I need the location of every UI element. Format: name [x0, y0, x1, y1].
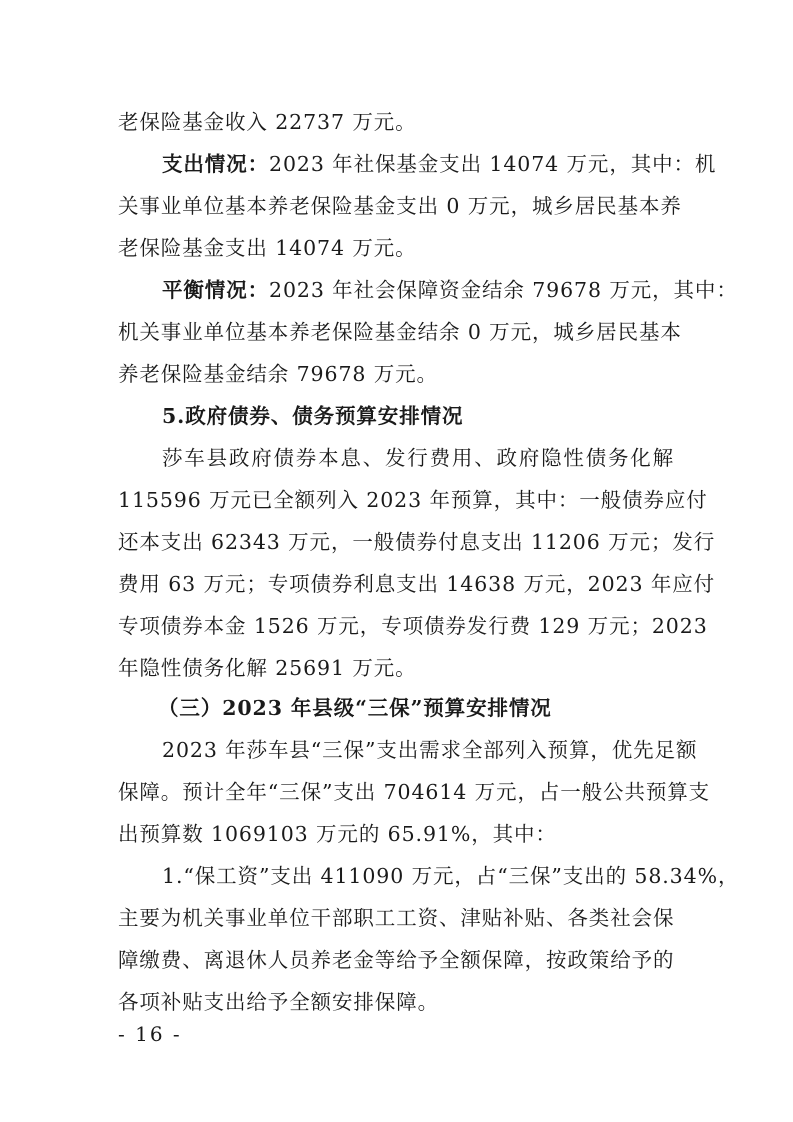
- paragraph-line: 主要为机关事业单位干部职工工资、津贴补贴、各类社会保: [118, 904, 674, 932]
- paragraph-line: 115596 万元已全额列入 2023 年预算，其中：一般债券应付: [118, 486, 674, 514]
- paragraph-line: 年隐性债务化解 25691 万元。: [118, 654, 674, 682]
- paragraph-line: 各项补贴支出给予全额安排保障。: [118, 988, 674, 1016]
- paragraph-line: 费用 63 万元；专项债券利息支出 14638 万元，2023 年应付: [118, 570, 674, 598]
- section-heading: 5.政府债券、债务预算安排情况: [162, 402, 674, 430]
- balance-label: 平衡情况：: [162, 278, 269, 302]
- paragraph-line: 2023 年莎车县“三保”支出需求全部列入预算，优先足额: [162, 736, 674, 764]
- paragraph-line: 还本支出 62343 万元，一般债券付息支出 11206 万元；发行: [118, 528, 674, 556]
- paragraph-line: 老保险基金收入 22737 万元。: [118, 108, 674, 136]
- paragraph-line: 保障。预计全年“三保”支出 704614 万元，占一般公共预算支: [118, 778, 674, 806]
- section-heading: （三）2023 年县级“三保”预算安排情况: [158, 694, 714, 722]
- paragraph-line: 莎车县政府债券本息、发行费用、政府隐性债务化解: [162, 444, 674, 472]
- paragraph-line: 出预算数 1069103 万元的 65.91%，其中：: [118, 820, 674, 848]
- paragraph-line: 机关事业单位基本养老保险基金结余 0 万元，城乡居民基本: [118, 318, 674, 346]
- paragraph-line: 平衡情况：2023 年社会保障资金结余 79678 万元，其中：: [162, 276, 674, 304]
- paragraph-line: 老保险基金支出 14074 万元。: [118, 234, 674, 262]
- paragraph-line: 关事业单位基本养老保险基金支出 0 万元，城乡居民基本养: [118, 192, 674, 220]
- paragraph-line: 支出情况：2023 年社保基金支出 14074 万元，其中：机: [162, 150, 674, 178]
- paragraph-line: 1.“保工资”支出 411090 万元，占“三保”支出的 58.34%，: [162, 862, 674, 890]
- expenditure-label: 支出情况：: [162, 152, 269, 176]
- page-number: - 16 -: [118, 1022, 182, 1046]
- paragraph-line: 专项债券本金 1526 万元，专项债券发行费 129 万元；2023: [118, 612, 674, 640]
- paragraph-line: 养老保险基金结余 79678 万元。: [118, 360, 674, 388]
- paragraph-line: 障缴费、离退休人员养老金等给予全额保障，按政策给予的: [118, 946, 674, 974]
